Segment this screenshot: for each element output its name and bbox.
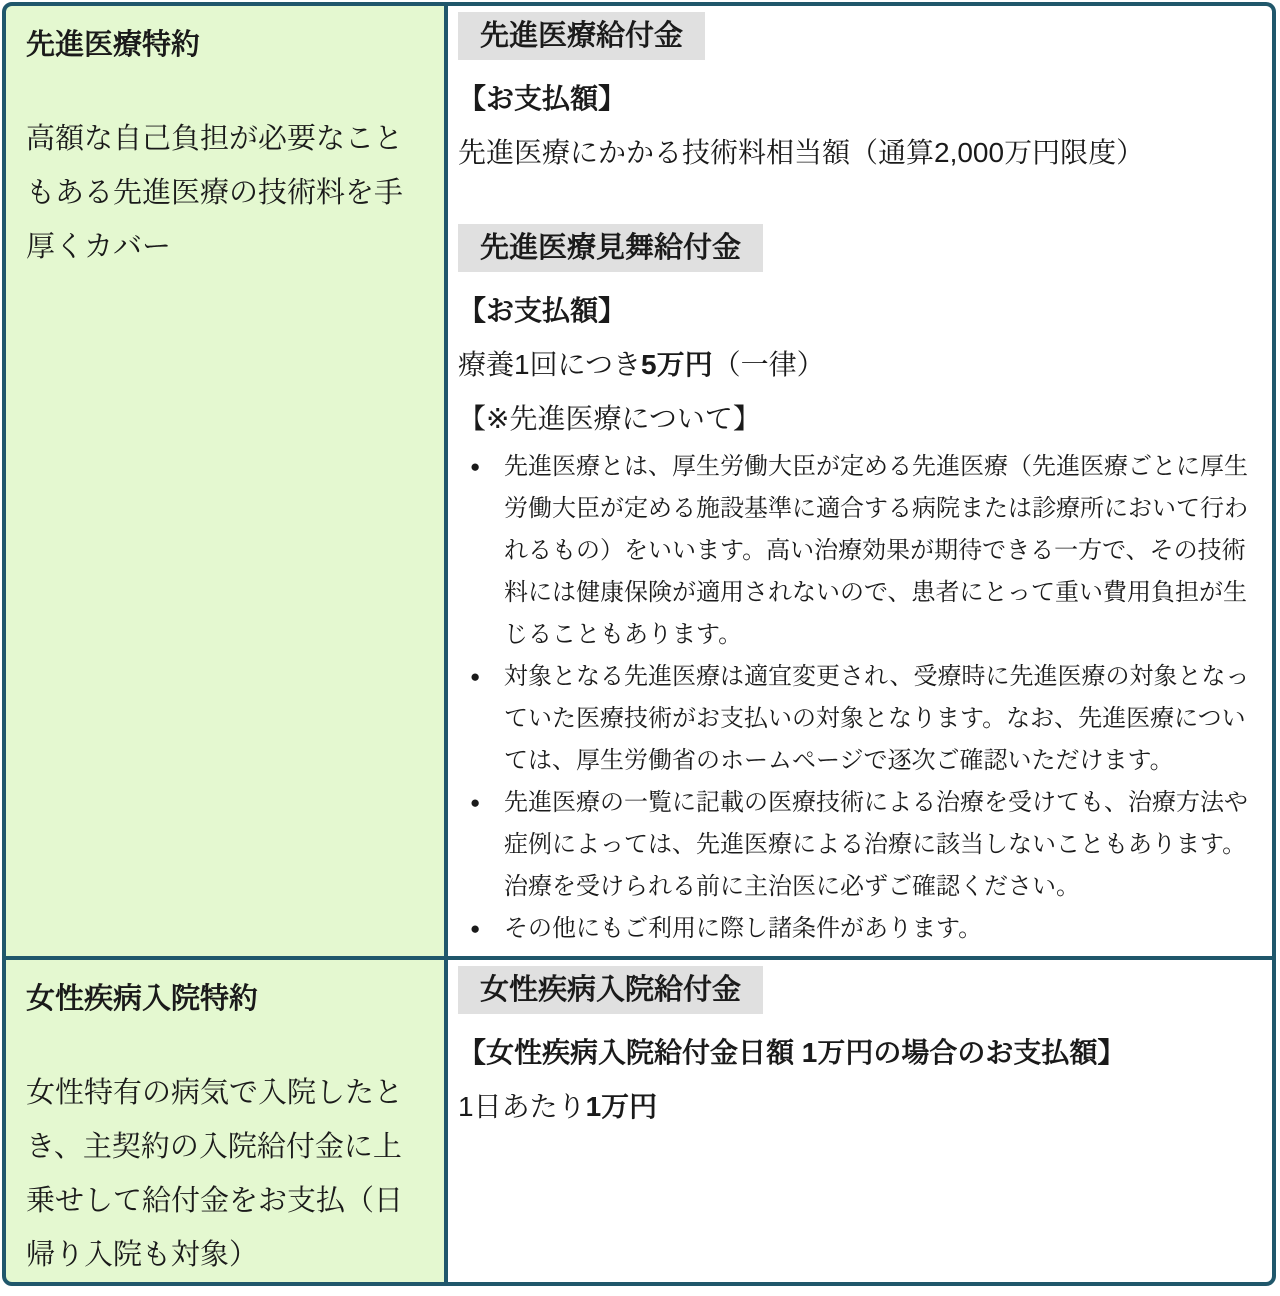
rider-cell-advanced-medical: 先進医療特約 高額な自己負担が必要なこともある先進医療の技術料を手厚くカバー xyxy=(6,6,444,956)
benefit-badge-advanced-medical-visit: 先進医療見舞給付金 xyxy=(458,224,763,272)
riders-benefits-table: 先進医療特約 高額な自己負担が必要なこともある先進医療の技術料を手厚くカバー 先… xyxy=(2,2,1276,1286)
rider-description-female-disease: 女性特有の病気で入院したとき、主契約の入院給付金に上乗せして給付金をお支払（日帰… xyxy=(26,1066,424,1282)
note-item: 先進医療の一覧に記載の医療技術による治療を受けても、治療方法や症例によっては、先… xyxy=(458,782,1262,908)
rider-title-female-disease: 女性疾病入院特約 xyxy=(26,978,424,1020)
bullet-icon xyxy=(458,908,504,950)
note-text: 対象となる先進医療は適宜変更され、受療時に先進医療の対象となっていた医療技術がお… xyxy=(504,656,1262,782)
payment-amount-heading-1: 【お支払額】 xyxy=(458,82,1262,116)
payment-amount-value-1: 先進医療にかかる技術料相当額（通算2,000万円限度） xyxy=(458,136,1262,170)
rider-title-advanced-medical: 先進医療特約 xyxy=(26,24,424,66)
payment-amount-heading-2: 【お支払額】 xyxy=(458,294,1262,328)
payment-amount-suffix: （一律） xyxy=(713,349,825,380)
benefit-badge-female-disease: 女性疾病入院給付金 xyxy=(458,966,763,1014)
note-text: 先進医療の一覧に記載の医療技術による治療を受けても、治療方法や症例によっては、先… xyxy=(504,782,1262,908)
payment-amount-bold: 5万円 xyxy=(641,349,713,380)
page: { "colors":{ "border":"#20576b", "rider_… xyxy=(0,0,1280,1296)
rider-cell-female-disease: 女性疾病入院特約 女性特有の病気で入院したとき、主契約の入院給付金に上乗せして給… xyxy=(6,960,444,1282)
payment-amount-value-2: 療養1回につき5万円（一律） xyxy=(458,348,1262,382)
benefit-cell-female-disease: 女性疾病入院給付金 【女性疾病入院給付金日額 1万円の場合のお支払額】 1日あた… xyxy=(448,960,1272,1282)
payment-amount-prefix: 1日あたり xyxy=(458,1091,586,1122)
bullet-icon xyxy=(458,656,504,698)
payment-amount-bold: 1万円 xyxy=(586,1091,658,1122)
note-text: 先進医療とは、厚生労働大臣が定める先進医療（先進医療ごとに厚生労働大臣が定める施… xyxy=(504,446,1262,656)
payment-amount-heading-3: 【女性疾病入院給付金日額 1万円の場合のお支払額】 xyxy=(458,1036,1262,1070)
bullet-icon xyxy=(458,782,504,824)
rider-description-advanced-medical: 高額な自己負担が必要なこともある先進医療の技術料を手厚くカバー xyxy=(26,112,424,274)
payment-amount-prefix: 療養1回につき xyxy=(458,349,641,380)
advanced-medical-notes-heading: 【※先進医療について】 xyxy=(458,402,1262,436)
benefit-badge-advanced-medical: 先進医療給付金 xyxy=(458,12,705,60)
note-item: 対象となる先進医療は適宜変更され、受療時に先進医療の対象となっていた医療技術がお… xyxy=(458,656,1262,782)
payment-amount-value-3: 1日あたり1万円 xyxy=(458,1090,1262,1124)
note-text: その他にもご利用に際し諸条件があります。 xyxy=(504,908,982,950)
note-item: その他にもご利用に際し諸条件があります。 xyxy=(458,908,1262,950)
bullet-icon xyxy=(458,446,504,488)
benefit-cell-advanced-medical: 先進医療給付金 【お支払額】 先進医療にかかる技術料相当額（通算2,000万円限… xyxy=(448,6,1272,956)
note-item: 先進医療とは、厚生労働大臣が定める先進医療（先進医療ごとに厚生労働大臣が定める施… xyxy=(458,446,1262,656)
advanced-medical-notes-list: 先進医療とは、厚生労働大臣が定める先進医療（先進医療ごとに厚生労働大臣が定める施… xyxy=(458,446,1262,950)
